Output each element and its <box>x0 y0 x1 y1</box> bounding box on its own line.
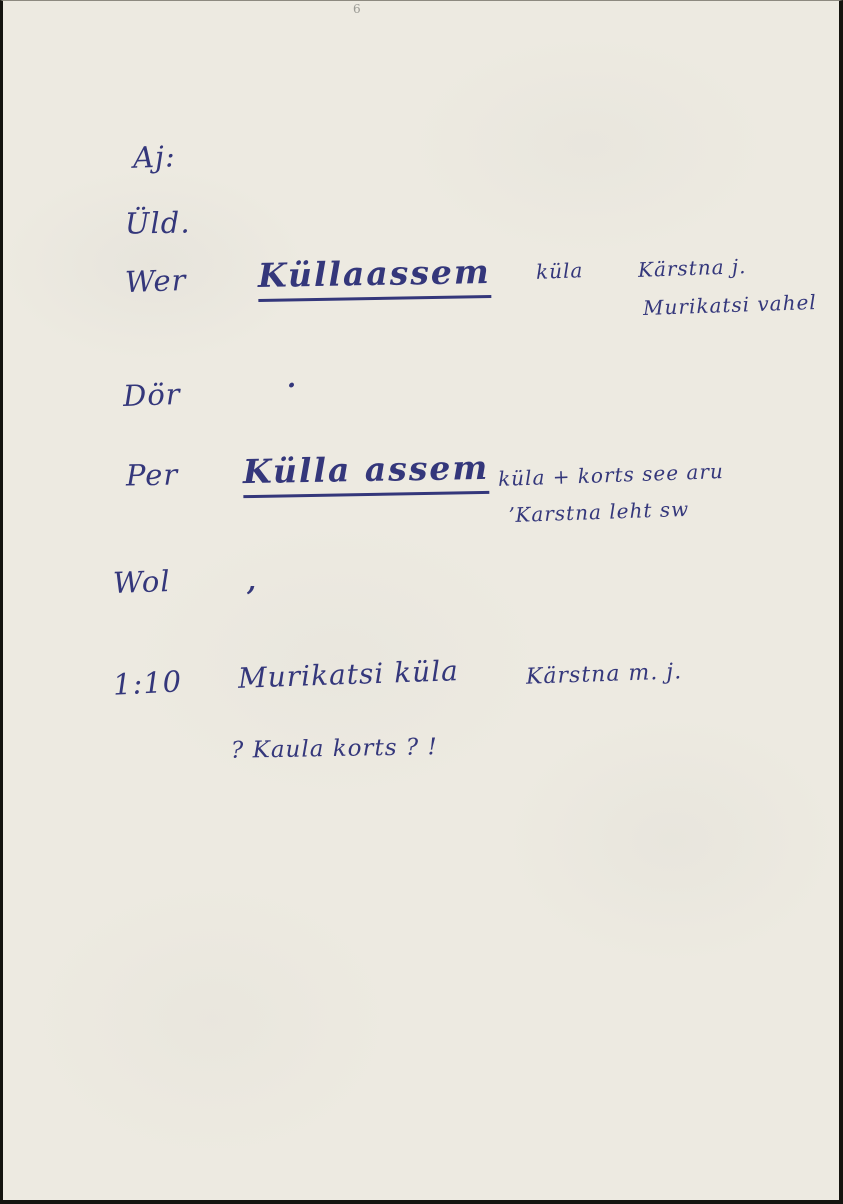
source-abbrev-per: Per <box>126 461 179 491</box>
source-abbrev-aj: Aj: <box>133 142 177 172</box>
note-karstna-m-j: Kärstna m. j. <box>526 661 683 688</box>
top-smudge-mark: 6 <box>353 3 362 15</box>
source-abbrev-wer: Wer <box>125 266 187 297</box>
comma-mark: , <box>247 569 257 595</box>
note-kula-korts-see-aru: küla + korts see aru <box>498 461 724 489</box>
note-murikatsi-vahel: Murikatsi vahel <box>643 292 817 318</box>
note-kula: küla <box>536 260 584 282</box>
source-abbrev-uld: Üld. <box>125 208 191 238</box>
scanned-note-card: 6 Aj: Üld. Wer Küllaassem küla Kärstna j… <box>0 0 843 1204</box>
note-karstna-j: Kärstna j. <box>638 256 747 280</box>
dot-mark: · <box>287 373 297 399</box>
source-abbrev-dor: Dör <box>123 380 182 411</box>
note-karstna-leht-sw: ʼKarstna leht sw <box>508 499 690 525</box>
place-name-kullaassem: Küllaassem <box>258 255 492 302</box>
note-kaula-korts-question: ? Kaula korts ? ! <box>231 736 438 763</box>
source-abbrev-wol: Wol <box>113 567 172 598</box>
scale-label: 1:10 <box>112 667 183 700</box>
place-name-kulla-assem: Külla assem <box>243 451 490 498</box>
place-name-murikatsi-kula: Murikatsi küla <box>238 657 460 693</box>
